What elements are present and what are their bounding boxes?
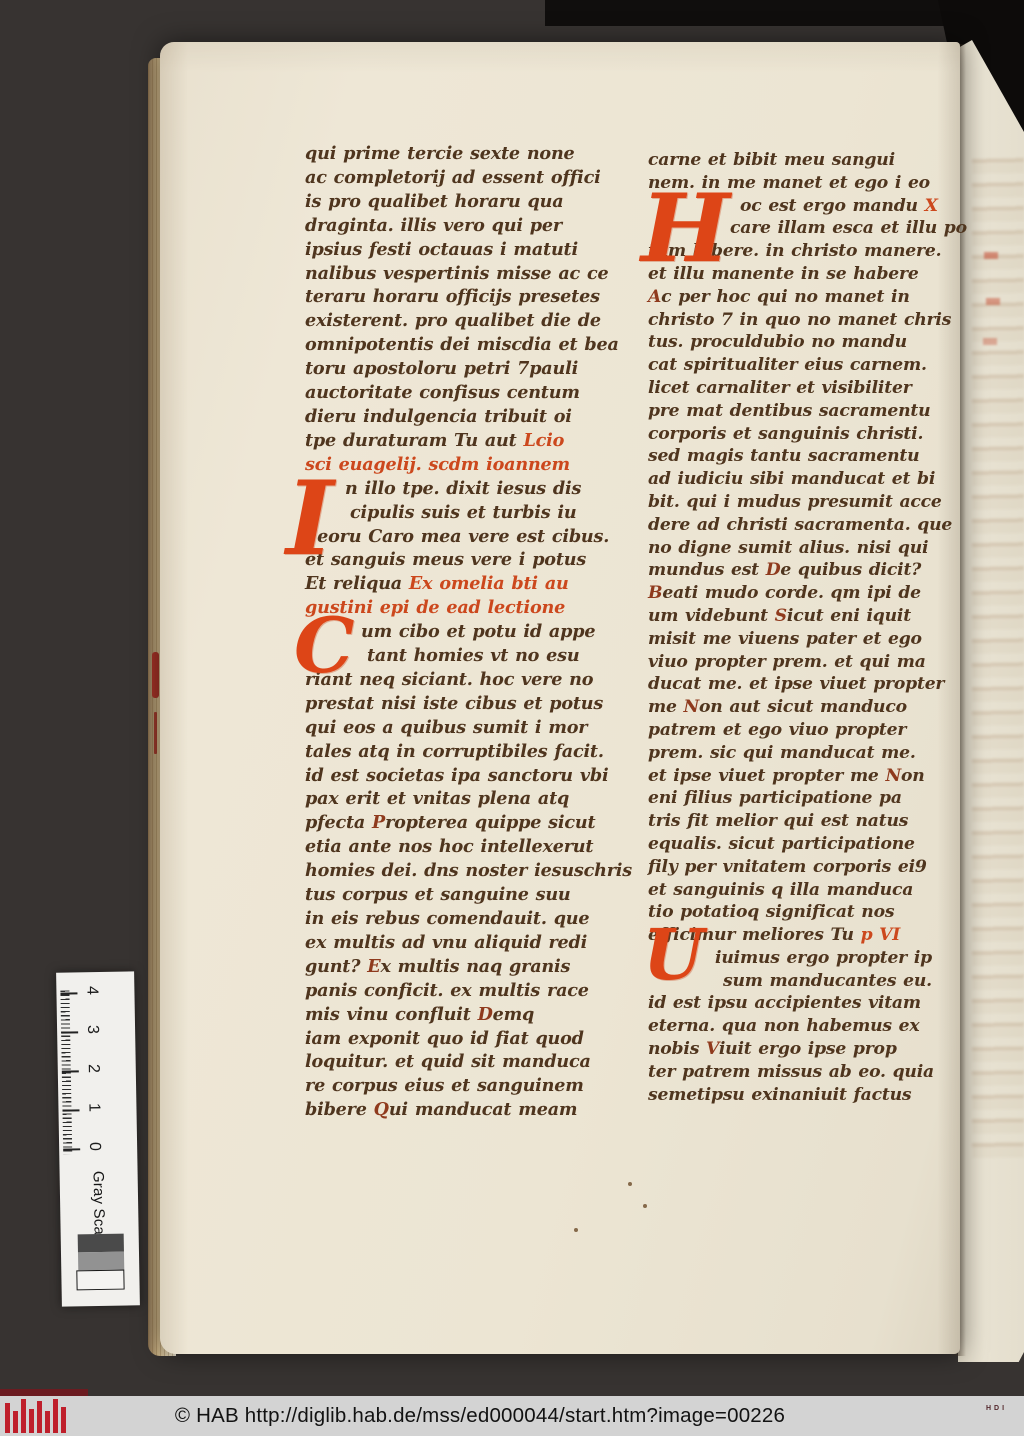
manuscript-text: x multis naq granis bbox=[380, 956, 570, 977]
corner-mark: HDI bbox=[986, 1405, 1007, 1412]
manuscript-text: tus corpus et sanguine suu bbox=[305, 884, 571, 905]
manuscript-line: patrem et ego viuo propter bbox=[648, 719, 970, 742]
manuscript-text: ducat me. et ipse viuet propter bbox=[648, 674, 944, 694]
manuscript-line: sci euagelij. scdm ioannem bbox=[305, 453, 627, 477]
manuscript-line: carne et bibit meu sangui bbox=[648, 149, 970, 172]
manuscript-line: cipulis suis et turbis iu bbox=[305, 501, 627, 525]
manuscript-text: patrem et ego viuo propter bbox=[648, 720, 906, 740]
manuscript-line: qui prime tercie sexte none bbox=[305, 142, 627, 166]
manuscript-line: ac completorij ad essent offici bbox=[305, 166, 627, 190]
gray-swatches bbox=[76, 1234, 125, 1291]
manuscript-text: ipsius festi octauas i matuti bbox=[305, 239, 578, 260]
manuscript-text: cipulis suis et turbis iu bbox=[350, 502, 576, 523]
manuscript-text: equalis. sicut participatione bbox=[648, 834, 915, 854]
manuscript-line: Et reliqua Ex omelia bti au bbox=[305, 572, 627, 596]
manuscript-text: deoru Caro mea vere est cibus. bbox=[305, 526, 609, 547]
manuscript-line: nobis Viuit ergo ipse prop bbox=[648, 1038, 970, 1061]
manuscript-text: in eis rebus comendauit. que bbox=[305, 908, 589, 929]
manuscript-text: nalibus vespertinis misse ac ce bbox=[305, 263, 608, 284]
caption-bar: © HAB http://diglib.hab.de/mss/ed000044/… bbox=[0, 1396, 1024, 1436]
manuscript-line: iam exponit quo id fiat quod bbox=[305, 1027, 627, 1051]
grayscale-calibration-ruler: 4 3 2 1 0 Gray Scale bbox=[56, 971, 140, 1306]
manuscript-text: ac completorij ad essent offici bbox=[305, 167, 601, 188]
manuscript-text: pre mat dentibus sacramentu bbox=[648, 401, 930, 421]
manuscript-text: eterna. qua non habemus ex bbox=[648, 1016, 919, 1036]
manuscript-line: equalis. sicut participatione bbox=[648, 833, 970, 856]
manuscript-line: bit. qui i mudus presumit acce bbox=[648, 491, 970, 514]
manuscript-line: bibere Qui manducat meam bbox=[305, 1098, 627, 1122]
manuscript-text: semetipsu exinaniuit factus bbox=[648, 1085, 911, 1105]
manuscript-line: mundus est De quibus dicit? bbox=[648, 559, 970, 582]
manuscript-line: pre mat dentibus sacramentu bbox=[648, 400, 970, 423]
ruler-number: 0 bbox=[85, 1142, 103, 1151]
manuscript-text: oc est ergo mandu bbox=[740, 196, 925, 216]
manuscript-line: ducat me. et ipse viuet propter bbox=[648, 673, 970, 696]
manuscript-line: panis conficit. ex multis race bbox=[305, 979, 627, 1003]
manuscript-line: homies dei. dns noster iesuschris bbox=[305, 859, 627, 883]
manuscript-text: omnipotentis dei miscdia et bea bbox=[305, 334, 619, 355]
manuscript-line: christo 7 in quo no manet chris bbox=[648, 309, 970, 332]
manuscript-line: n illo tpe. dixit iesus dis bbox=[305, 477, 627, 501]
manuscript-text: me bbox=[648, 697, 684, 717]
manuscript-text: is pro qualibet horaru qua bbox=[305, 191, 563, 212]
manuscript-line: tris fit melior qui est natus bbox=[648, 810, 970, 833]
manuscript-text: eni filius participatione pa bbox=[648, 788, 902, 808]
manuscript-line: dere ad christi sacramenta. que bbox=[648, 514, 970, 537]
manuscript-line: gunt? Ex multis naq granis bbox=[305, 955, 627, 979]
swatch-white bbox=[76, 1270, 124, 1291]
ruler-major-tick bbox=[60, 992, 77, 994]
manuscript-text: viuo propter prem. et qui ma bbox=[648, 652, 926, 672]
rubric-text: Ex omelia bti au bbox=[409, 573, 569, 594]
manuscript-line: viuo propter prem. et qui ma bbox=[648, 651, 970, 674]
manuscript-line: et ipse viuet propter me Non bbox=[648, 765, 970, 788]
manuscript-text: icut eni iquit bbox=[787, 606, 911, 626]
manuscript-text: licet carnaliter et visibiliter bbox=[648, 378, 912, 398]
manuscript-text: on aut sicut manduco bbox=[699, 697, 907, 717]
manuscript-line: nalibus vespertinis misse ac ce bbox=[305, 262, 627, 286]
manuscript-line: corporis et sanguinis christi. bbox=[648, 423, 970, 446]
manuscript-line: omnipotentis dei miscdia et bea bbox=[305, 333, 627, 357]
manuscript-text: D bbox=[766, 560, 781, 580]
swatch-dark bbox=[78, 1234, 124, 1253]
manuscript-text: on bbox=[901, 766, 925, 786]
manuscript-text: panis conficit. ex multis race bbox=[305, 980, 589, 1001]
manuscript-line: um videbunt Sicut eni iquit bbox=[648, 605, 970, 628]
ruler-major-tick bbox=[63, 1148, 80, 1150]
manuscript-text: prem. sic qui manducat me. bbox=[648, 743, 916, 763]
manuscript-line: toru apostoloru petri 7pauli bbox=[305, 357, 627, 381]
rubric-text: Lcio bbox=[523, 430, 564, 451]
manuscript-line: existerent. pro qualibet die de bbox=[305, 309, 627, 333]
manuscript-text: V bbox=[706, 1039, 719, 1059]
manuscript-line: et sanguis meus vere i potus bbox=[305, 548, 627, 572]
manuscript-text: loquitur. et quid sit manduca bbox=[305, 1051, 591, 1072]
manuscript-line: is pro qualibet horaru qua bbox=[305, 190, 627, 214]
manuscript-page: qui prime tercie sexte noneac completori… bbox=[160, 42, 960, 1354]
bleed-through-rubric bbox=[984, 252, 998, 259]
manuscript-text: tpe duraturam Tu aut bbox=[305, 430, 523, 451]
manuscript-text: um videbunt bbox=[648, 606, 775, 626]
manuscript-line: teraru horaru officijs presetes bbox=[305, 285, 627, 309]
swatch-mid bbox=[78, 1252, 124, 1271]
manuscript-text: auctoritate confisus centum bbox=[305, 382, 580, 403]
manuscript-text: tant homies vt no esu bbox=[367, 645, 579, 666]
manuscript-text: E bbox=[367, 956, 380, 977]
manuscript-text: B bbox=[648, 583, 662, 603]
bleed-through-text bbox=[972, 150, 1024, 1160]
manuscript-text: toru apostoloru petri 7pauli bbox=[305, 358, 578, 379]
rubricated-initial-C: C bbox=[294, 608, 355, 684]
manuscript-text: gunt? bbox=[305, 956, 367, 977]
manuscript-text: prestat nisi iste cibus et potus bbox=[305, 693, 603, 714]
manuscript-text: bibere bbox=[305, 1099, 374, 1120]
rubricated-initial-U: U bbox=[643, 920, 704, 990]
manuscript-text: christo 7 in quo no manet chris bbox=[648, 310, 951, 330]
manuscript-line: etia ante nos hoc intellexerut bbox=[305, 835, 627, 859]
manuscript-text: emq bbox=[493, 1004, 535, 1025]
ruler-minor-ticks bbox=[60, 990, 72, 1154]
manuscript-text: nobis bbox=[648, 1039, 706, 1059]
manuscript-text: pfecta bbox=[305, 812, 372, 833]
ruler-major-tick bbox=[62, 1109, 79, 1111]
manuscript-text: A bbox=[648, 287, 661, 307]
manuscript-text: corporis et sanguinis christi. bbox=[648, 424, 923, 444]
manuscript-text: sed magis tantu sacramentu bbox=[648, 446, 919, 466]
manuscript-line: me Non aut sicut manduco bbox=[648, 696, 970, 719]
rubricated-initial-I: I bbox=[286, 468, 334, 570]
manuscript-line: in eis rebus comendauit. que bbox=[305, 907, 627, 931]
copyright-caption: © HAB http://diglib.hab.de/mss/ed000044/… bbox=[0, 1396, 960, 1436]
manuscript-text: tales atq in corruptibiles facit. bbox=[305, 741, 604, 762]
manuscript-line: ipsius festi octauas i matuti bbox=[305, 238, 627, 262]
manuscript-text: id est ipsu accipientes vitam bbox=[648, 993, 921, 1013]
manuscript-line: semetipsu exinaniuit factus bbox=[648, 1084, 970, 1107]
manuscript-text: N bbox=[885, 766, 901, 786]
manuscript-text: S bbox=[775, 606, 787, 626]
manuscript-line: auctoritate confisus centum bbox=[305, 381, 627, 405]
manuscript-line: tpe duraturam Tu aut Lcio bbox=[305, 429, 627, 453]
manuscript-line: ex multis ad vnu aliquid redi bbox=[305, 931, 627, 955]
manuscript-text: carne et bibit meu sangui bbox=[648, 150, 895, 170]
manuscript-line: tus corpus et sanguine suu bbox=[305, 883, 627, 907]
manuscript-text: bit. qui i mudus presumit acce bbox=[648, 492, 942, 512]
manuscript-line: cat spiritualiter eius carnem. bbox=[648, 354, 970, 377]
manuscript-text: qui prime tercie sexte none bbox=[305, 143, 575, 164]
manuscript-line: no digne sumit alius. nisi qui bbox=[648, 537, 970, 560]
manuscript-line: re corpus eius et sanguinem bbox=[305, 1074, 627, 1098]
ruler-major-tick bbox=[61, 1031, 78, 1033]
manuscript-text: dere ad christi sacramenta. que bbox=[648, 515, 952, 535]
manuscript-text: qui eos a quibus sumit i mor bbox=[305, 717, 587, 738]
manuscript-text: homies dei. dns noster iesuschris bbox=[305, 860, 632, 881]
rubric-text: p VI bbox=[861, 925, 901, 945]
manuscript-line: prem. sic qui manducat me. bbox=[648, 742, 970, 765]
manuscript-line: mis vinu confluit Demq bbox=[305, 1003, 627, 1027]
manuscript-line: et sanguinis q illa manduca bbox=[648, 879, 970, 902]
manuscript-text: pax erit et vnitas plena atq bbox=[305, 788, 569, 809]
manuscript-text: teraru horaru officijs presetes bbox=[305, 286, 600, 307]
manuscript-line: Beati mudo corde. qm ipi de bbox=[648, 582, 970, 605]
manuscript-line: dieru indulgencia tribuit oi bbox=[305, 405, 627, 429]
manuscript-text: iam exponit quo id fiat quod bbox=[305, 1028, 584, 1049]
manuscript-text: sum manducantes eu. bbox=[723, 971, 932, 991]
manuscript-text: misit me viuens pater et ego bbox=[648, 629, 922, 649]
manuscript-line: tales atq in corruptibiles facit. bbox=[305, 740, 627, 764]
ruler-major-tick bbox=[62, 1070, 79, 1072]
manuscript-line: pax erit et vnitas plena atq bbox=[305, 787, 627, 811]
manuscript-text: existerent. pro qualibet die de bbox=[305, 310, 601, 331]
ink-speck bbox=[628, 1182, 632, 1186]
manuscript-text: ad iudiciu sibi manducat et bi bbox=[648, 469, 935, 489]
manuscript-text: ropterea quippe sicut bbox=[385, 812, 595, 833]
manuscript-line: id est societas ipa sanctoru vbi bbox=[305, 764, 627, 788]
manuscript-text: D bbox=[478, 1004, 493, 1025]
manuscript-line: ad iudiciu sibi manducat et bi bbox=[648, 468, 970, 491]
manuscript-text: P bbox=[372, 812, 385, 833]
manuscript-line: tus. proculdubio no mandu bbox=[648, 331, 970, 354]
manuscript-text: iuimus ergo propter ip bbox=[715, 948, 932, 968]
manuscript-text: etia ante nos hoc intellexerut bbox=[305, 836, 593, 857]
manuscript-text: et ipse viuet propter me bbox=[648, 766, 885, 786]
manuscript-text: et sanguinis q illa manduca bbox=[648, 880, 913, 900]
manuscript-text: tris fit melior qui est natus bbox=[648, 811, 908, 831]
manuscript-line: loquitur. et quid sit manduca bbox=[305, 1050, 627, 1074]
rubric-text: sci euagelij. scdm ioannem bbox=[305, 454, 570, 475]
manuscript-text: eati mudo corde. qm ipi de bbox=[662, 583, 921, 603]
manuscript-line: draginta. illis vero qui per bbox=[305, 214, 627, 238]
manuscript-line: deoru Caro mea vere est cibus. bbox=[305, 525, 627, 549]
manuscript-line: pfecta Propterea quippe sicut bbox=[305, 811, 627, 835]
manuscript-text: fily per vnitatem corporis ei9 bbox=[648, 857, 927, 877]
ink-speck bbox=[643, 1204, 647, 1208]
manuscript-text: e quibus dicit? bbox=[780, 560, 921, 580]
manuscript-text: um cibo et potu id appe bbox=[361, 621, 595, 642]
manuscript-line: qui eos a quibus sumit i mor bbox=[305, 716, 627, 740]
manuscript-line: ter patrem missus ab eo. quia bbox=[648, 1061, 970, 1084]
digitized-manuscript-photo: qui prime tercie sexte noneac completori… bbox=[0, 0, 1024, 1436]
manuscript-text: id est societas ipa sanctoru vbi bbox=[305, 765, 608, 786]
manuscript-line: sed magis tantu sacramentu bbox=[648, 445, 970, 468]
manuscript-line: eni filius participatione pa bbox=[648, 787, 970, 810]
ruler-face: 4 3 2 1 0 Gray Scale bbox=[56, 971, 140, 1306]
manuscript-text: ter patrem missus ab eo. quia bbox=[648, 1062, 934, 1082]
manuscript-text: care illam esca et illu po bbox=[730, 218, 967, 238]
manuscript-text: c per hoc qui no manet in bbox=[661, 287, 910, 307]
manuscript-text: cat spiritualiter eius carnem. bbox=[648, 355, 927, 375]
manuscript-line: fily per vnitatem corporis ei9 bbox=[648, 856, 970, 879]
ruler-number: 2 bbox=[84, 1064, 102, 1073]
manuscript-text: tus. proculdubio no mandu bbox=[648, 332, 907, 352]
manuscript-text: no digne sumit alius. nisi qui bbox=[648, 538, 928, 558]
manuscript-line: licet carnaliter et visibiliter bbox=[648, 377, 970, 400]
manuscript-text: re corpus eius et sanguinem bbox=[305, 1075, 584, 1096]
manuscript-text: Q bbox=[374, 1099, 389, 1120]
manuscript-text: n illo tpe. dixit iesus dis bbox=[345, 478, 581, 499]
manuscript-line: misit me viuens pater et ego bbox=[648, 628, 970, 651]
manuscript-text: iuit ergo ipse prop bbox=[719, 1039, 897, 1059]
manuscript-text: et sanguis meus vere i potus bbox=[305, 549, 586, 570]
ruler-number: 3 bbox=[83, 1025, 101, 1034]
manuscript-text: N bbox=[684, 697, 700, 717]
rubric-text: X bbox=[925, 196, 938, 216]
manuscript-text: ui manducat meam bbox=[389, 1099, 578, 1120]
ink-speck bbox=[574, 1228, 578, 1232]
manuscript-text: mundus est bbox=[648, 560, 766, 580]
manuscript-text: mis vinu confluit bbox=[305, 1004, 478, 1025]
manuscript-text: draginta. illis vero qui per bbox=[305, 215, 562, 236]
manuscript-line: prestat nisi iste cibus et potus bbox=[305, 692, 627, 716]
ruler-number: 4 bbox=[82, 986, 100, 995]
manuscript-text: ex multis ad vnu aliquid redi bbox=[305, 932, 587, 953]
manuscript-line: eterna. qua non habemus ex bbox=[648, 1015, 970, 1038]
manuscript-line: Ac per hoc qui no manet in bbox=[648, 286, 970, 309]
ruler-number: 1 bbox=[84, 1103, 102, 1112]
manuscript-text: dieru indulgencia tribuit oi bbox=[305, 406, 572, 427]
red-thread-mark bbox=[152, 652, 159, 698]
rubricated-initial-H: H bbox=[641, 182, 730, 276]
